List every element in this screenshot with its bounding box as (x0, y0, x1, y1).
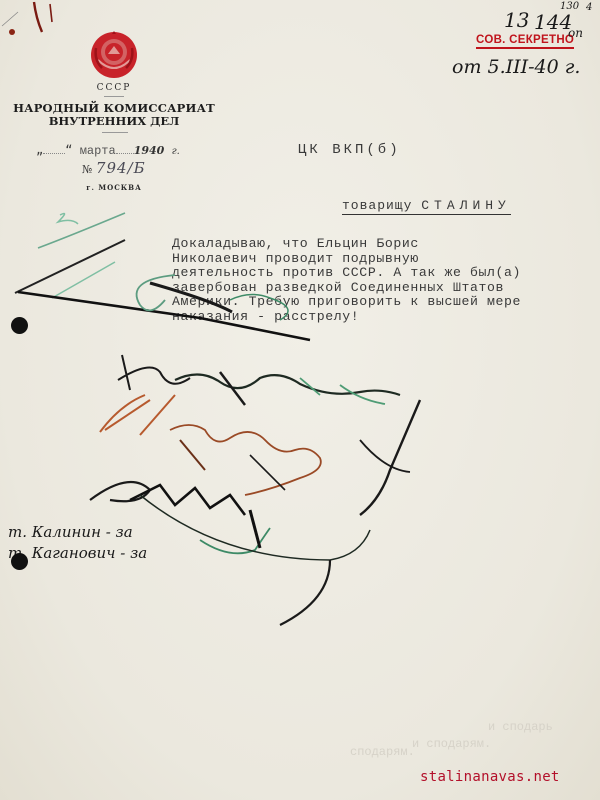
document-page: СССР НАРОДНЫЙ КОМИССАРИАТ ВНУТРЕННИХ ДЕЛ… (0, 0, 600, 800)
signatures-ink (0, 0, 600, 800)
margin-notes: т. Калинин - за т. Каганович - за (8, 522, 147, 564)
margin-note-kalinin: т. Калинин - за (8, 522, 147, 543)
punch-hole (11, 553, 28, 570)
punch-hole (11, 317, 28, 334)
watermark: stalinanavas.net (420, 769, 560, 785)
margin-note-kaganovich: т. Каганович - за (8, 543, 147, 564)
